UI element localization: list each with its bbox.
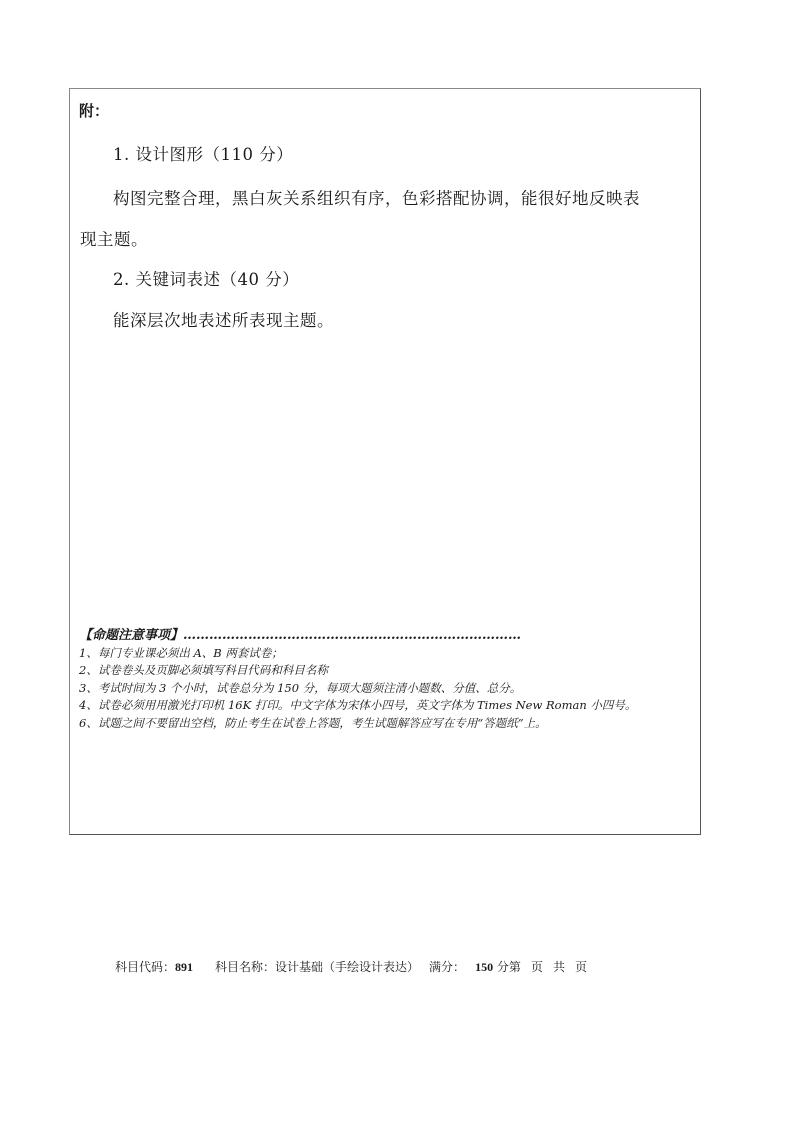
subject-code-label: 科目代码： bbox=[115, 960, 175, 974]
note-line-4: 4、试卷必须用用激光打印机 16K 打印。中文字体为宋体小四号，英文字体为 Ti… bbox=[79, 697, 636, 715]
note-line-2: 2、试卷卷头及页脚必须填写科目代码和科目名称 bbox=[79, 662, 636, 680]
score-unit: 分 bbox=[497, 960, 509, 974]
exam-notes: 【命题注意事项】…………………………………………………………………… 1、每门专… bbox=[79, 627, 636, 733]
appendix-heading: 附： bbox=[79, 100, 109, 121]
total-label: 共 bbox=[553, 960, 565, 974]
item-1-title: 1. 设计图形（110 分） bbox=[113, 141, 293, 165]
item-2-title: 2. 关键词表述（40 分） bbox=[113, 266, 299, 290]
page-footer: 科目代码：891科目名称：设计基础（手绘设计表达）满分：150 分第页共页 bbox=[115, 958, 587, 975]
subject-code: 891 bbox=[175, 960, 193, 974]
subject-name-label: 科目名称： bbox=[215, 960, 275, 974]
note-line-3: 3、考试时间为 3 个小时，试卷总分为 150 分，每项大题须注清小题数、分值、… bbox=[79, 680, 636, 698]
full-score-label: 满分： bbox=[429, 960, 465, 974]
note-line-5: 6、试题之间不要留出空档，防止考生在试卷上答题，考生试题解答应写在专用“答题纸”… bbox=[79, 715, 636, 733]
page-label: 页 bbox=[531, 960, 543, 974]
full-score: 150 bbox=[475, 960, 493, 974]
item-1-desc-line2: 现主题。 bbox=[80, 226, 148, 250]
total-page-label: 页 bbox=[575, 960, 587, 974]
notes-title: 【命题注意事项】…………………………………………………………………… bbox=[79, 627, 636, 645]
subject-name: 设计基础（手绘设计表达） bbox=[275, 960, 419, 974]
page-label: 第 bbox=[509, 960, 521, 974]
item-1-desc-line1: 构图完整合理，黑白灰关系组织有序，色彩搭配协调，能很好地反映表 bbox=[113, 185, 640, 209]
note-line-1: 1、每门专业课必须出 A、B 两套试卷； bbox=[79, 645, 636, 663]
item-2-desc-line1: 能深层次地表述所表现主题。 bbox=[113, 307, 334, 331]
